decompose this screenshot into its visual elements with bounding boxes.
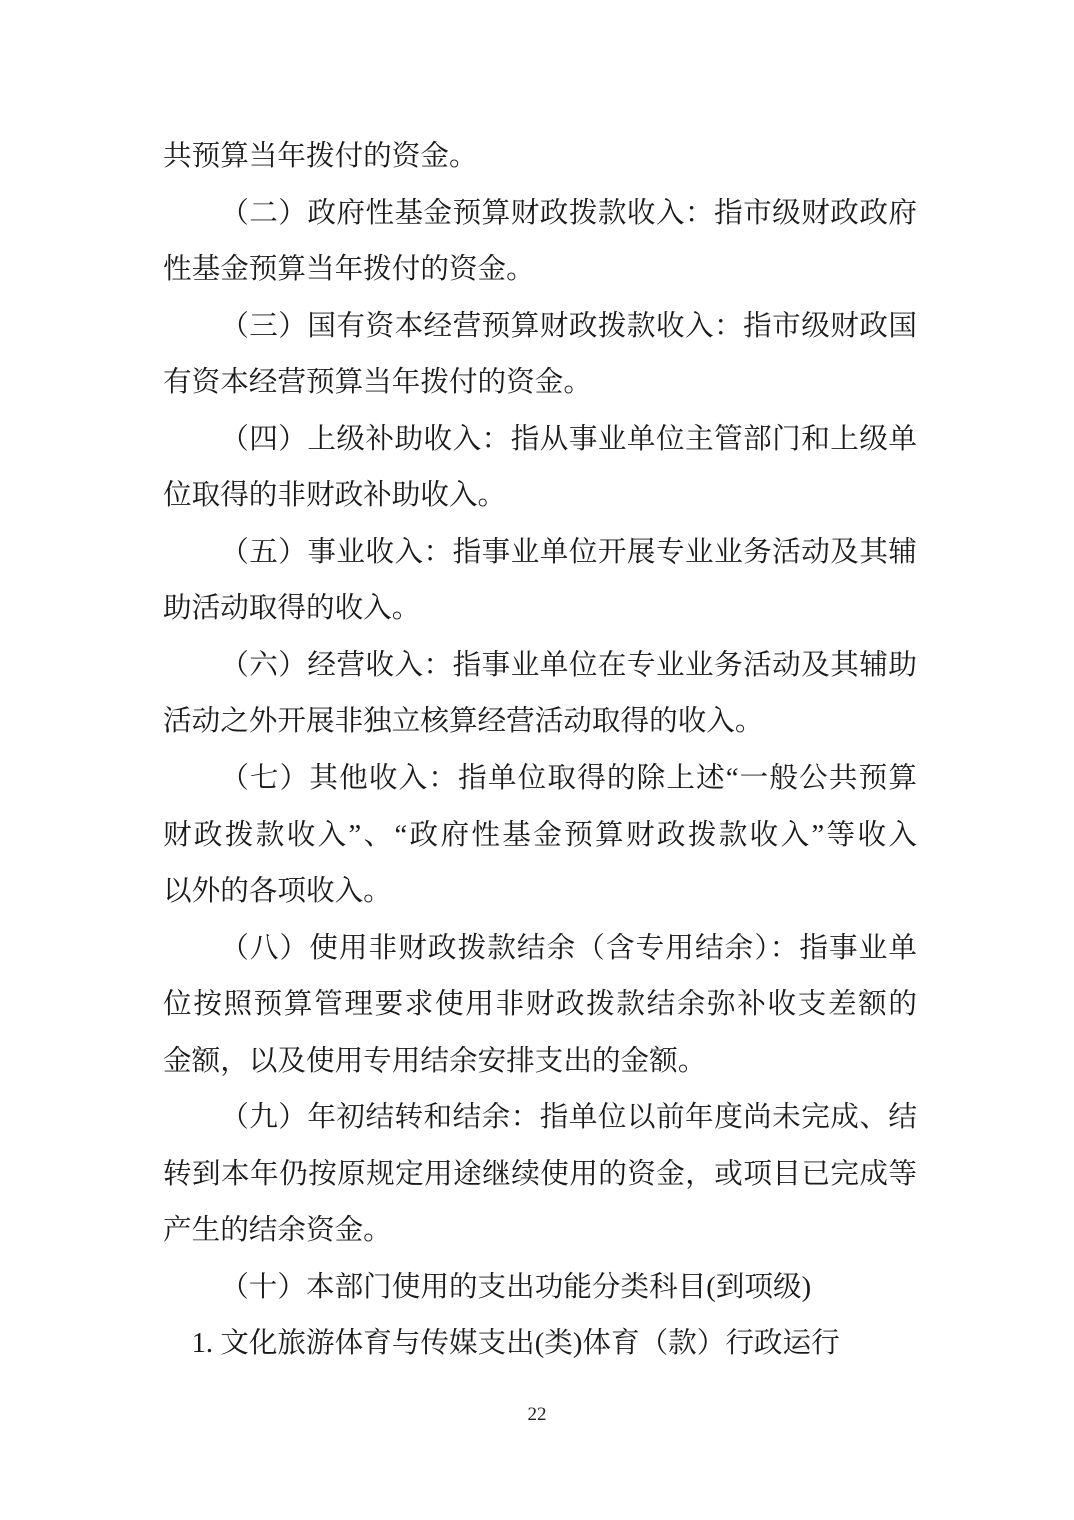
text-line: 以外的各项收入。 xyxy=(163,864,917,921)
document-page: 共预算当年拨付的资金。（二）政府性基金预算财政拨款收入：指市级财政政府性基金预算… xyxy=(0,0,1074,1520)
text-line: 1. 文化旅游体育与传媒支出(类)体育（款）行政运行 xyxy=(163,1316,917,1373)
text-line: 有资本经营预算当年拨付的资金。 xyxy=(163,355,917,412)
text-line: 位按照预算管理要求使用非财政拨款结余弥补收支差额的 xyxy=(163,977,917,1034)
text-line: （四）上级补助收入：指从事业单位主管部门和上级单 xyxy=(163,412,917,469)
text-line: （八）使用非财政拨款结余（含专用结余）：指事业单 xyxy=(163,921,917,978)
text-line: 财政拨款收入”、“政府性基金预算财政拨款收入”等收入 xyxy=(163,808,917,865)
page-number: 22 xyxy=(0,1404,1074,1426)
text-line: 共预算当年拨付的资金。 xyxy=(163,129,917,186)
text-line: （十）本部门使用的支出功能分类科目(到项级) xyxy=(163,1260,917,1317)
text-line: （五）事业收入：指事业单位开展专业业务活动及其辅 xyxy=(163,525,917,582)
text-line: 金额，以及使用专用结余安排支出的金额。 xyxy=(163,1034,917,1091)
text-line: （三）国有资本经营预算财政拨款收入：指市级财政国 xyxy=(163,299,917,356)
text-line: 产生的结余资金。 xyxy=(163,1203,917,1260)
text-line: （二）政府性基金预算财政拨款收入：指市级财政政府 xyxy=(163,186,917,243)
text-line: 性基金预算当年拨付的资金。 xyxy=(163,242,917,299)
text-line: 位取得的非财政补助收入。 xyxy=(163,468,917,525)
text-line: （七）其他收入：指单位取得的除上述“一般公共预算 xyxy=(163,751,917,808)
text-line: （九）年初结转和结余：指单位以前年度尚未完成、结 xyxy=(163,1090,917,1147)
text-line: 活动之外开展非独立核算经营活动取得的收入。 xyxy=(163,694,917,751)
text-line: 助活动取得的收入。 xyxy=(163,581,917,638)
document-body: 共预算当年拨付的资金。（二）政府性基金预算财政拨款收入：指市级财政政府性基金预算… xyxy=(163,129,917,1373)
text-line: 转到本年仍按原规定用途继续使用的资金，或项目已完成等 xyxy=(163,1147,917,1204)
text-line: （六）经营收入：指事业单位在专业业务活动及其辅助 xyxy=(163,638,917,695)
